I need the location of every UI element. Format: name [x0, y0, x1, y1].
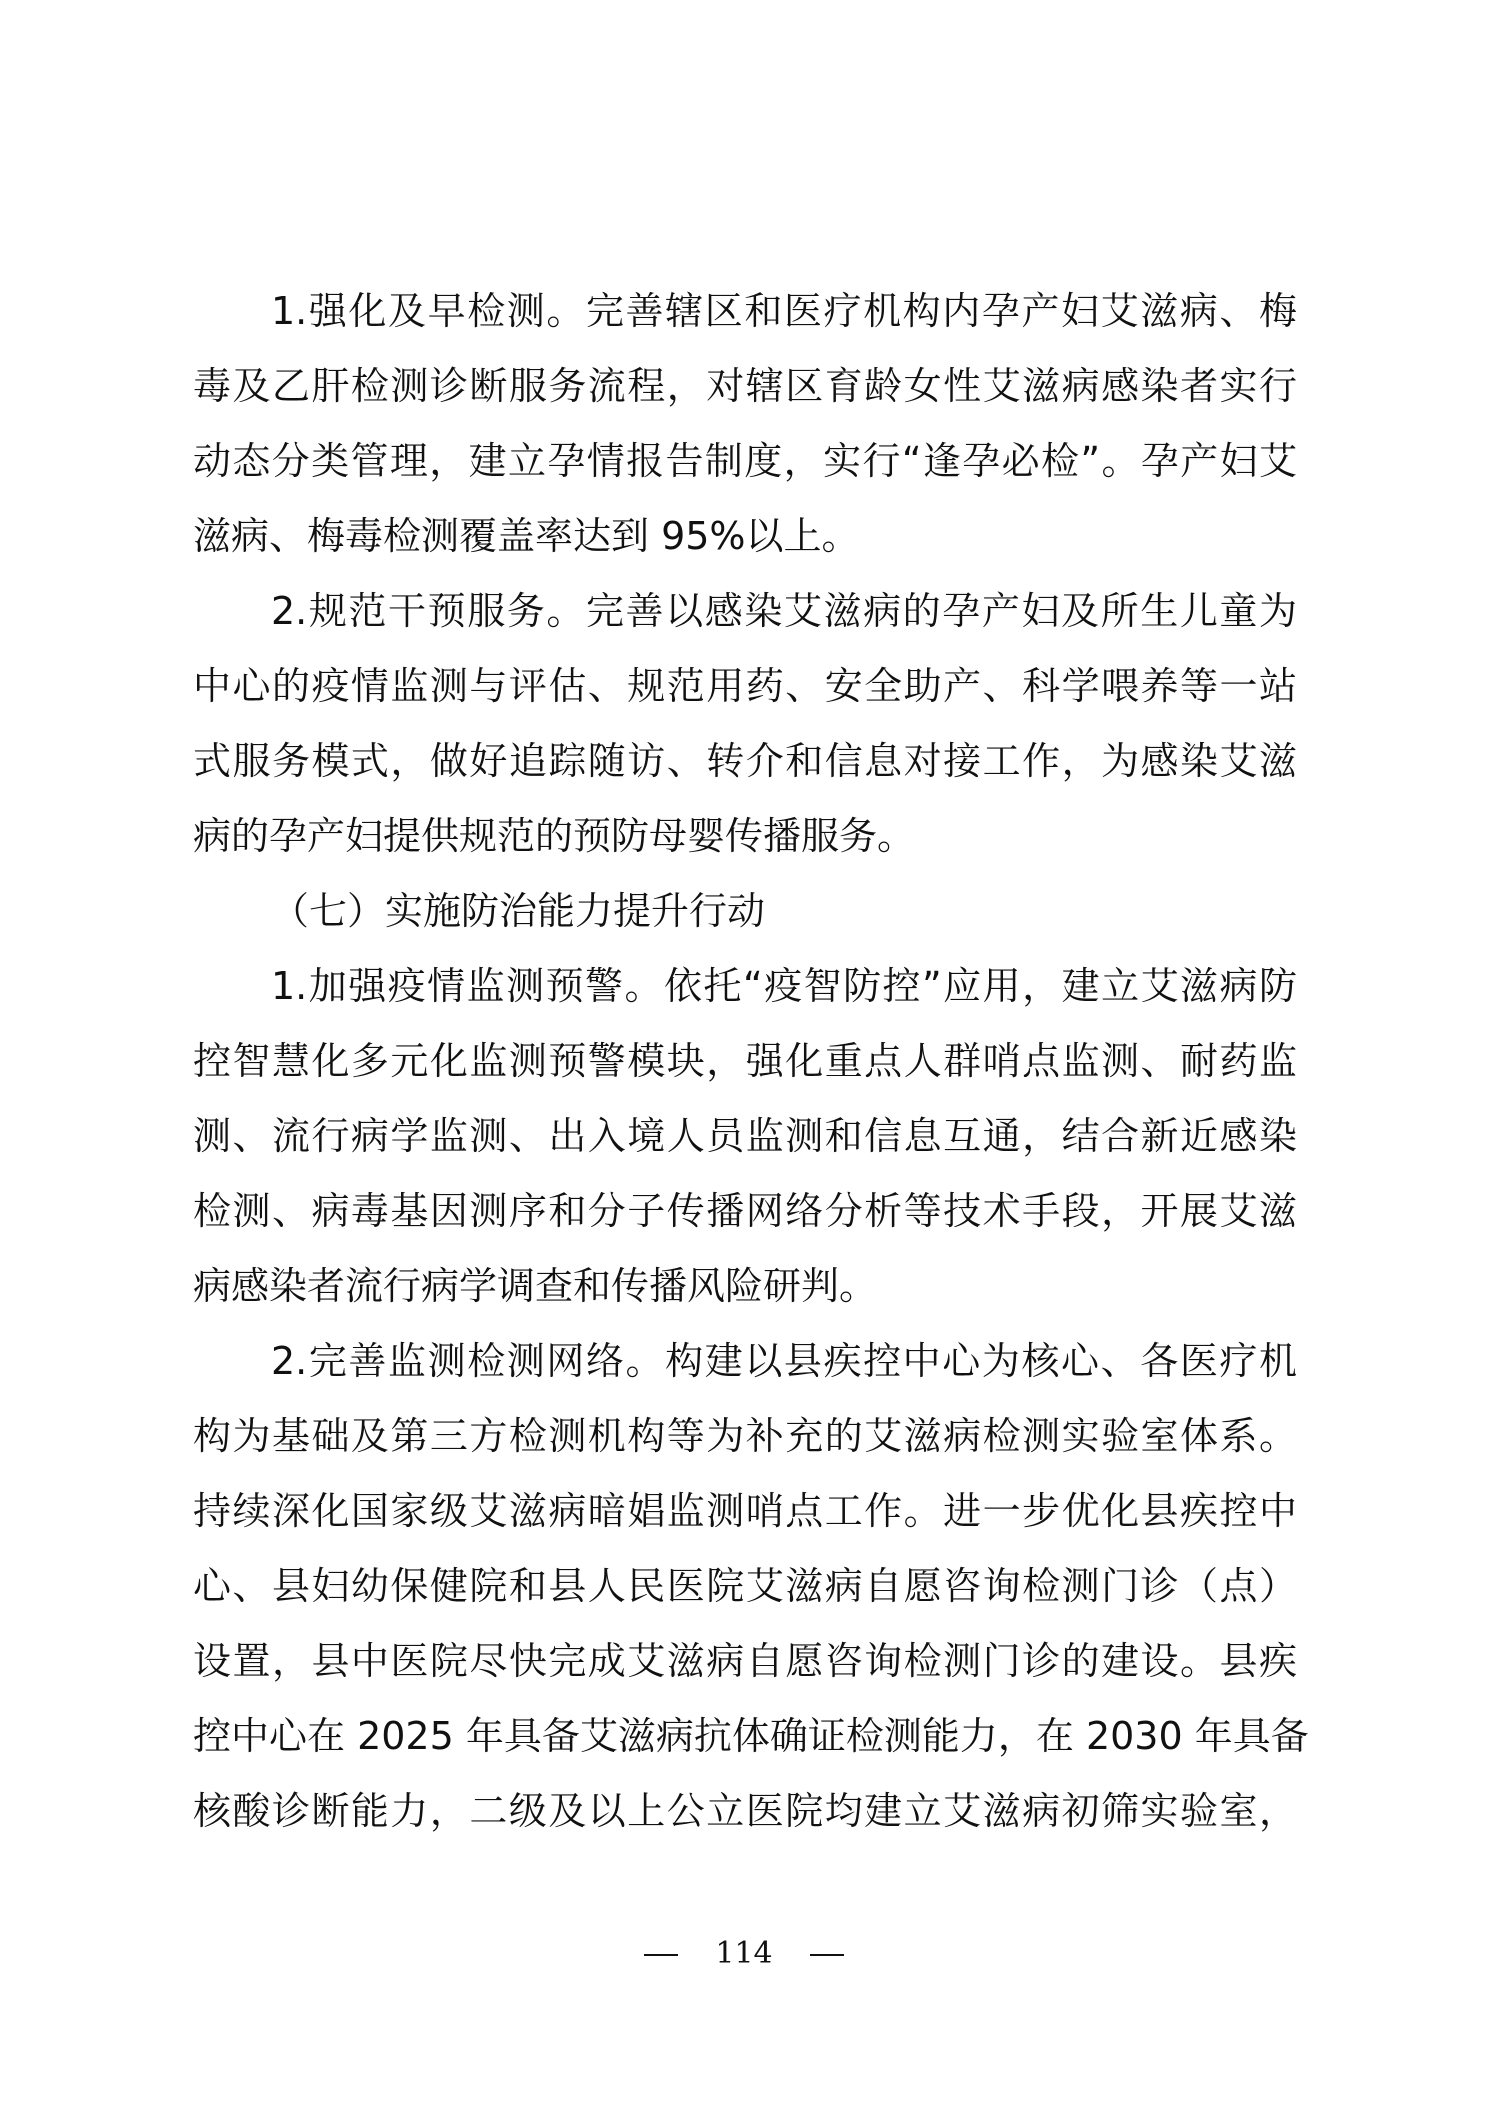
text-line: 1.强化及早检测。完善辖区和医疗机构内孕产妇艾滋病、梅 — [193, 284, 1297, 359]
paragraph-item-2-network: 2.完善监测检测网络。构建以县疾控中心为核心、各医疗机 构为基础及第三方检测机构… — [193, 1334, 1297, 1859]
text-line: 控中心在 2025 年具备艾滋病抗体确证检测能力，在 2030 年具备 — [193, 1709, 1297, 1784]
text-line: 心、县妇幼保健院和县人民医院艾滋病自愿咨询检测门诊（点） — [193, 1559, 1297, 1634]
text-line: 中心的疫情监测与评估、规范用药、安全助产、科学喂养等一站 — [193, 659, 1297, 734]
text-line: 核酸诊断能力，二级及以上公立医院均建立艾滋病初筛实验室， — [193, 1784, 1297, 1859]
footer-dash-left — [644, 1954, 678, 1956]
text-line: 构为基础及第三方检测机构等为补充的艾滋病检测实验室体系。 — [193, 1409, 1297, 1484]
text-line: 测、流行病学监测、出入境人员监测和信息互通，结合新近感染 — [193, 1109, 1297, 1184]
text-line: 式服务模式，做好追踪随访、转介和信息对接工作，为感染艾滋 — [193, 734, 1297, 809]
text-line: 检测、病毒基因测序和分子传播网络分析等技术手段，开展艾滋 — [193, 1184, 1297, 1259]
footer-dash-right — [810, 1954, 844, 1956]
text-line: 病的孕产妇提供规范的预防母婴传播服务。 — [193, 809, 1297, 884]
text-line: 1.加强疫情监测预警。依托“疫智防控”应用，建立艾滋病防 — [193, 959, 1297, 1034]
paragraph-item-1-early-testing: 1.强化及早检测。完善辖区和医疗机构内孕产妇艾滋病、梅 毒及乙肝检测诊断服务流程… — [193, 284, 1297, 584]
paragraph-item-2-intervention: 2.规范干预服务。完善以感染艾滋病的孕产妇及所生儿童为 中心的疫情监测与评估、规… — [193, 584, 1297, 884]
text-line: 毒及乙肝检测诊断服务流程，对辖区育龄女性艾滋病感染者实行 — [193, 359, 1297, 434]
text-line: 2.规范干预服务。完善以感染艾滋病的孕产妇及所生儿童为 — [193, 584, 1297, 659]
text-line: 控智慧化多元化监测预警模块，强化重点人群哨点监测、耐药监 — [193, 1034, 1297, 1109]
text-line: 2.完善监测检测网络。构建以县疾控中心为核心、各医疗机 — [193, 1334, 1297, 1409]
paragraph-item-1-monitoring: 1.加强疫情监测预警。依托“疫智防控”应用，建立艾滋病防 控智慧化多元化监测预警… — [193, 959, 1297, 1334]
section-heading-text: （七）实施防治能力提升行动 — [193, 884, 1297, 959]
text-line: 设置，县中医院尽快完成艾滋病自愿咨询检测门诊的建设。县疾 — [193, 1634, 1297, 1709]
text-line: 滋病、梅毒检测覆盖率达到 95%以上。 — [193, 509, 1297, 584]
document-body: 1.强化及早检测。完善辖区和医疗机构内孕产妇艾滋病、梅 毒及乙肝检测诊断服务流程… — [193, 284, 1297, 1859]
text-line: 持续深化国家级艾滋病暗娼监测哨点工作。进一步优化县疾控中 — [193, 1484, 1297, 1559]
section-heading-7: （七）实施防治能力提升行动 — [193, 884, 1297, 959]
page-number: 114 — [715, 1936, 772, 1971]
text-line: 病感染者流行病学调查和传播风险研判。 — [193, 1259, 1297, 1334]
page-footer: 114 — [0, 1936, 1488, 1971]
text-line: 动态分类管理，建立孕情报告制度，实行“逢孕必检”。孕产妇艾 — [193, 434, 1297, 509]
